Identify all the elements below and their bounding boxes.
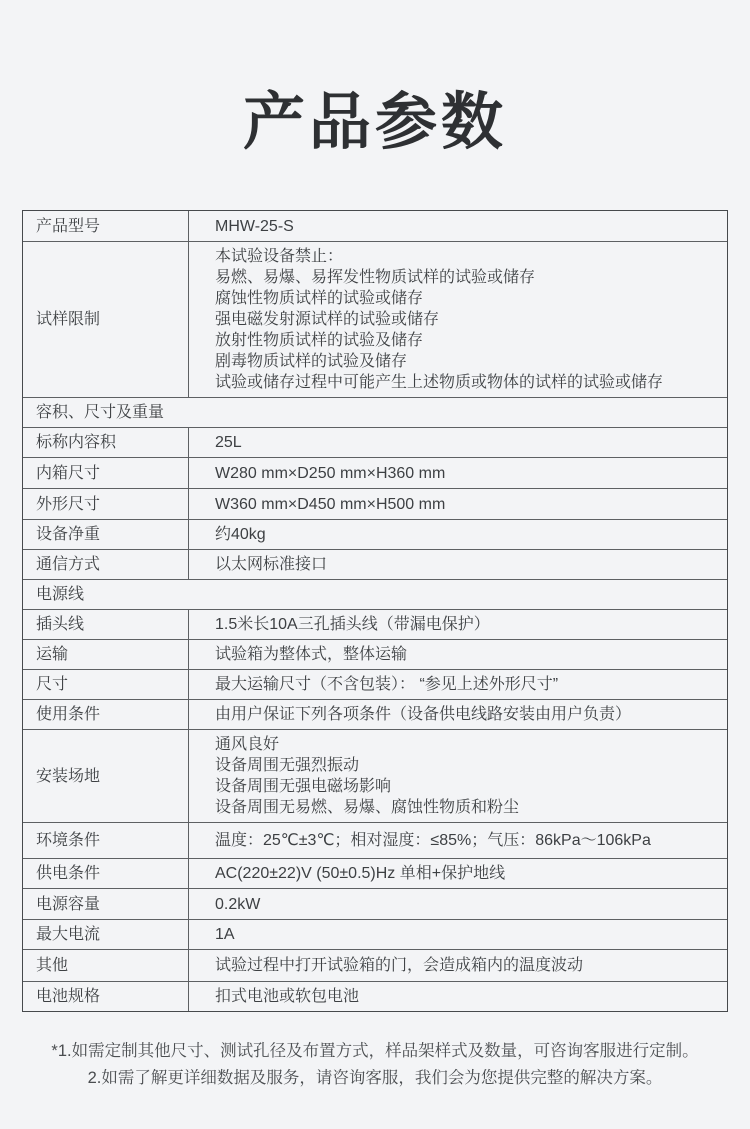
section-label: 容积、尺寸及重量 [23,398,727,427]
table-row-communication: 通信方式 以太网标准接口 [23,549,727,579]
row-label: 通信方式 [23,550,189,579]
table-section-power-cord: 电源线 [23,579,727,609]
table-row-product-model: 产品型号 MHW-25-S [23,211,727,241]
row-value: 最大运输尺寸（不含包装）： “参见上述外形尺寸” [189,670,727,699]
footer-note-2: 2.如需了解更详细数据及服务，请咨询客服，我们会为您提供完整的解决方案。 [0,1065,750,1092]
row-value: 温度：25℃±3℃；相对湿度：≤85%；气压：86kPa～106kPa [189,823,727,858]
row-label: 内箱尺寸 [23,458,189,488]
row-label: 使用条件 [23,700,189,729]
row-label: 试样限制 [23,242,189,397]
row-value: MHW-25-S [189,211,727,241]
table-row-nominal-volume: 标称内容积 25L [23,427,727,457]
row-label: 最大电流 [23,920,189,949]
row-value: 25L [189,428,727,457]
row-label: 产品型号 [23,211,189,241]
table-row-usage-conditions: 使用条件 由用户保证下列各项条件（设备供电线路安装由用户负责） [23,699,727,729]
row-label: 插头线 [23,610,189,639]
table-row-transport: 运输 试验箱为整体式，整体运输 [23,639,727,669]
row-value: 扣式电池或软包电池 [189,982,727,1011]
row-label: 设备净重 [23,520,189,549]
row-label: 电源容量 [23,889,189,919]
table-row-power-supply: 供电条件 AC(220±22)V (50±0.5)Hz 单相+保护地线 [23,858,727,888]
table-section-volume-size-weight: 容积、尺寸及重量 [23,397,727,427]
row-value: 1.5米长10A三孔插头线（带漏电保护） [189,610,727,639]
row-value: 通风良好 设备周围无强烈振动 设备周围无强电磁场影响 设备周围无易燃、易爆、腐蚀… [189,730,727,822]
row-value: 约40kg [189,520,727,549]
row-label: 运输 [23,640,189,669]
section-label: 电源线 [23,580,727,609]
row-value: 以太网标准接口 [189,550,727,579]
table-row-other: 其他 试验过程中打开试验箱的门，会造成箱内的温度波动 [23,949,727,981]
table-row-sample-restrictions: 试样限制 本试验设备禁止： 易燃、易爆、易挥发性物质试样的试验或储存 腐蚀性物质… [23,241,727,397]
footer-note-1: *1.如需定制其他尺寸、测试孔径及布置方式，样品架样式及数量，可咨询客服进行定制… [0,1038,750,1065]
page-title: 产品参数 [0,72,750,161]
table-row-environment-conditions: 环境条件 温度：25℃±3℃；相对湿度：≤85%；气压：86kPa～106kPa [23,822,727,858]
row-label: 供电条件 [23,859,189,888]
table-row-net-weight: 设备净重 约40kg [23,519,727,549]
table-row-max-current: 最大电流 1A [23,919,727,949]
row-value: AC(220±22)V (50±0.5)Hz 单相+保护地线 [189,859,727,888]
table-row-installation-site: 安装场地 通风良好 设备周围无强烈振动 设备周围无强电磁场影响 设备周围无易燃、… [23,729,727,822]
row-label: 安装场地 [23,730,189,822]
row-label: 外形尺寸 [23,489,189,519]
row-value: 试验箱为整体式，整体运输 [189,640,727,669]
row-label: 其他 [23,950,189,981]
row-value: 试验过程中打开试验箱的门，会造成箱内的温度波动 [189,950,727,981]
row-value: 0.2kW [189,889,727,919]
table-row-inner-dimensions: 内箱尺寸 W280 mm×D250 mm×H360 mm [23,457,727,488]
row-label: 尺寸 [23,670,189,699]
table-row-battery-spec: 电池规格 扣式电池或软包电池 [23,981,727,1011]
row-value: 本试验设备禁止： 易燃、易爆、易挥发性物质试样的试验或储存 腐蚀性物质试样的试验… [189,242,727,397]
row-label: 电池规格 [23,982,189,1011]
row-value: W360 mm×D450 mm×H500 mm [189,489,727,519]
row-value: 1A [189,920,727,949]
footer-notes: *1.如需定制其他尺寸、测试孔径及布置方式，样品架样式及数量，可咨询客服进行定制… [0,1038,750,1092]
row-value: W280 mm×D250 mm×H360 mm [189,458,727,488]
table-row-transport-size: 尺寸 最大运输尺寸（不含包装）： “参见上述外形尺寸” [23,669,727,699]
table-row-plug-cord: 插头线 1.5米长10A三孔插头线（带漏电保护） [23,609,727,639]
table-row-outer-dimensions: 外形尺寸 W360 mm×D450 mm×H500 mm [23,488,727,519]
row-label: 标称内容积 [23,428,189,457]
table-row-power-capacity: 电源容量 0.2kW [23,888,727,919]
product-spec-table: 产品型号 MHW-25-S 试样限制 本试验设备禁止： 易燃、易爆、易挥发性物质… [22,210,728,1012]
row-label: 环境条件 [23,823,189,858]
row-value: 由用户保证下列各项条件（设备供电线路安装由用户负责） [189,700,727,729]
